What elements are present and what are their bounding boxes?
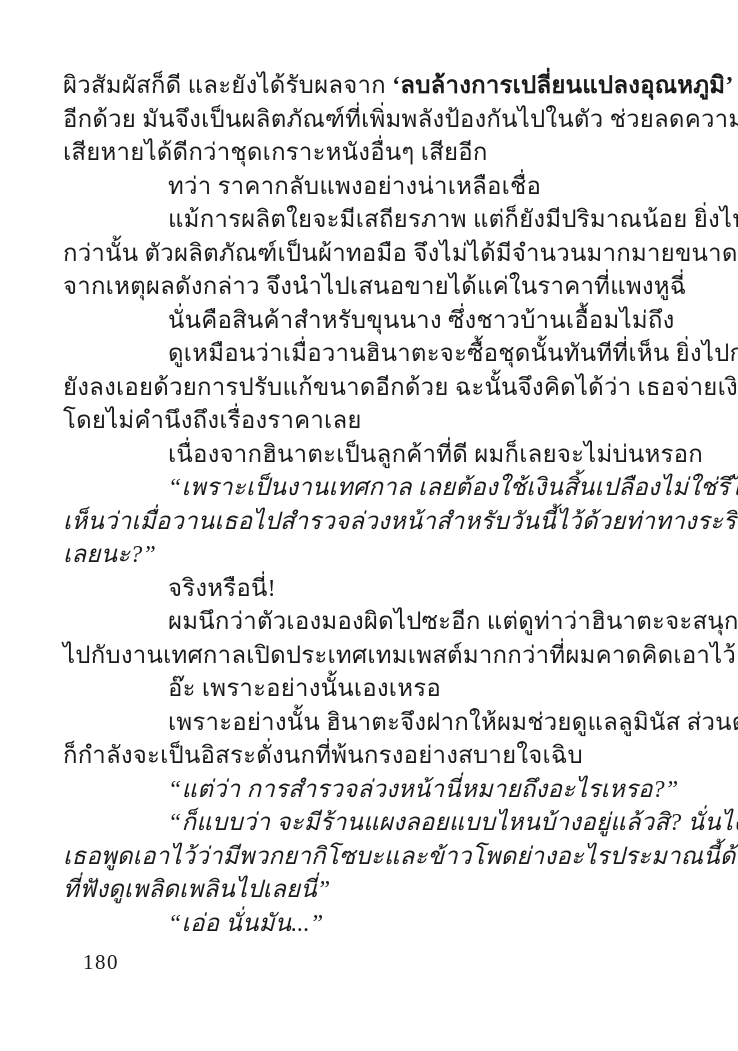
text-run: ผิวสัมผัสก็ดี และยังได้รับผลจาก [63,73,392,99]
text-line: อ๊ะ เพราะอย่างนั้นเองเหรอ [63,673,685,707]
text-line: เนื่องจากฮินาตะเป็นลูกค้าที่ดี ผมก็เลยจะ… [63,439,685,473]
text-run: จากเหตุผลดังกล่าว จึงนำไปเสนอขายได้แค่ใน… [63,274,686,300]
text-line: อีกด้วย มันจึงเป็นผลิตภัณฑ์ที่เพิ่มพลังป… [63,104,685,138]
text-run: เนื่องจากฮินาตะเป็นลูกค้าที่ดี ผมก็เลยจะ… [168,442,703,468]
text-line: เห็นว่าเมื่อวานเธอไปสำรวจล่วงหน้าสำหรับว… [63,506,685,540]
text-run: ทว่า ราคากลับแพงอย่างน่าเหลือเชื่อ [168,174,541,200]
text-run: “เพราะเป็นงานเทศกาล เลยต้องใช้เงินสิ้นเป… [168,475,738,501]
text-run: “ก็แบบว่า จะมีร้านแผงลอยแบบไหนบ้างอยู่แล… [168,810,738,836]
text-run: เพราะอย่างนั้น ฮินาตะจึงฝากให้ผมช่วยดูแล… [168,710,738,736]
text-run: ก็กำลังจะเป็นอิสระดั่งนกที่พ้นกรงอย่างสบ… [63,743,583,769]
text-run: ดูเหมือนว่าเมื่อวานฮินาตะจะซื้อชุดนั้นทั… [168,341,738,367]
text-run: กว่านั้น ตัวผลิตภัณฑ์เป็นผ้าทอมือ จึงไม่… [63,241,738,267]
text-run: ที่ฟังดูเพลิดเพลินไปเลยนี่” [63,877,330,903]
text-line: ที่ฟังดูเพลิดเพลินไปเลยนี่” [63,874,685,908]
text-line: เธอพูดเอาไว้ว่ามีพวกยากิโซบะและข้าวโพดย่… [63,841,685,875]
text-run: เลยนะ?” [63,542,156,568]
text-line: “เพราะเป็นงานเทศกาล เลยต้องใช้เงินสิ้นเป… [63,472,685,506]
text-run: อ๊ะ เพราะอย่างนั้นเองเหรอ [168,676,441,702]
book-page: ผิวสัมผัสก็ดี และยังได้รับผลจาก ‘ลบล้างก… [0,0,738,1051]
text-line: นั่นคือสินค้าสำหรับขุนนาง ซึ่งชาวบ้านเอื… [63,305,685,339]
text-line: เพราะอย่างนั้น ฮินาตะจึงฝากให้ผมช่วยดูแล… [63,707,685,741]
text-run: แม้การผลิตใยจะมีเสถียรภาพ แต่ก็ยังมีปริม… [168,207,738,233]
text-run: จริงหรือนี่! [168,576,276,602]
text-run: ผมนึกว่าตัวเองมองผิดไปซะอีก แต่ดูท่าว่าฮ… [168,609,738,635]
text-run: เสียหายได้ดีกว่าชุดเกราะหนังอื่นๆ เสียอี… [63,140,488,166]
page-number: 180 [83,950,119,975]
text-run: นั่นคือสินค้าสำหรับขุนนาง ซึ่งชาวบ้านเอื… [168,308,675,334]
text-line: จริงหรือนี่! [63,573,685,607]
text-line: โดยไม่คำนึงถึงเรื่องราคาเลย [63,405,685,439]
text-run: อีกด้วย มันจึงเป็นผลิตภัณฑ์ที่เพิ่มพลังป… [63,107,738,133]
text-line: ไปกับงานเทศกาลเปิดประเทศเทมเพสต์มากกว่าท… [63,640,685,674]
text-run: “เอ่อ นั่นมัน...” [168,911,323,937]
text-line: ดูเหมือนว่าเมื่อวานฮินาตะจะซื้อชุดนั้นทั… [63,338,685,372]
text-run: ไปกับงานเทศกาลเปิดประเทศเทมเพสต์มากกว่าท… [63,643,736,669]
text-line: ยังลงเอยด้วยการปรับแก้ขนาดอีกด้วย ฉะนั้น… [63,372,685,406]
text-line: เลยนะ?” [63,539,685,573]
text-run: “แต่ว่า การสำรวจล่วงหน้านี่หมายถึงอะไรเห… [168,777,678,803]
text-run: ยังลงเอยด้วยการปรับแก้ขนาดอีกด้วย ฉะนั้น… [63,375,738,401]
text-run: เห็นว่าเมื่อวานเธอไปสำรวจล่วงหน้าสำหรับว… [63,509,738,535]
text-line: ทว่า ราคากลับแพงอย่างน่าเหลือเชื่อ [63,171,685,205]
text-line: ผิวสัมผัสก็ดี และยังได้รับผลจาก ‘ลบล้างก… [63,70,685,104]
text-line: จากเหตุผลดังกล่าว จึงนำไปเสนอขายได้แค่ใน… [63,271,685,305]
text-line: ผมนึกว่าตัวเองมองผิดไปซะอีก แต่ดูท่าว่าฮ… [63,606,685,640]
text-line: “ก็แบบว่า จะมีร้านแผงลอยแบบไหนบ้างอยู่แล… [63,807,685,841]
text-line: แม้การผลิตใยจะมีเสถียรภาพ แต่ก็ยังมีปริม… [63,204,685,238]
text-line: “เอ่อ นั่นมัน...” [63,908,685,942]
text-run: โดยไม่คำนึงถึงเรื่องราคาเลย [63,408,362,434]
text-line: เสียหายได้ดีกว่าชุดเกราะหนังอื่นๆ เสียอี… [63,137,685,171]
page-text: ผิวสัมผัสก็ดี และยังได้รับผลจาก ‘ลบล้างก… [63,70,685,941]
text-line: กว่านั้น ตัวผลิตภัณฑ์เป็นผ้าทอมือ จึงไม่… [63,238,685,272]
text-line: “แต่ว่า การสำรวจล่วงหน้านี่หมายถึงอะไรเห… [63,774,685,808]
text-run: เธอพูดเอาไว้ว่ามีพวกยากิโซบะและข้าวโพดย่… [63,844,738,870]
bold-run: ‘ลบล้างการเปลี่ยนแปลงอุณหภูมิ’ [392,73,733,99]
text-line: ก็กำลังจะเป็นอิสระดั่งนกที่พ้นกรงอย่างสบ… [63,740,685,774]
